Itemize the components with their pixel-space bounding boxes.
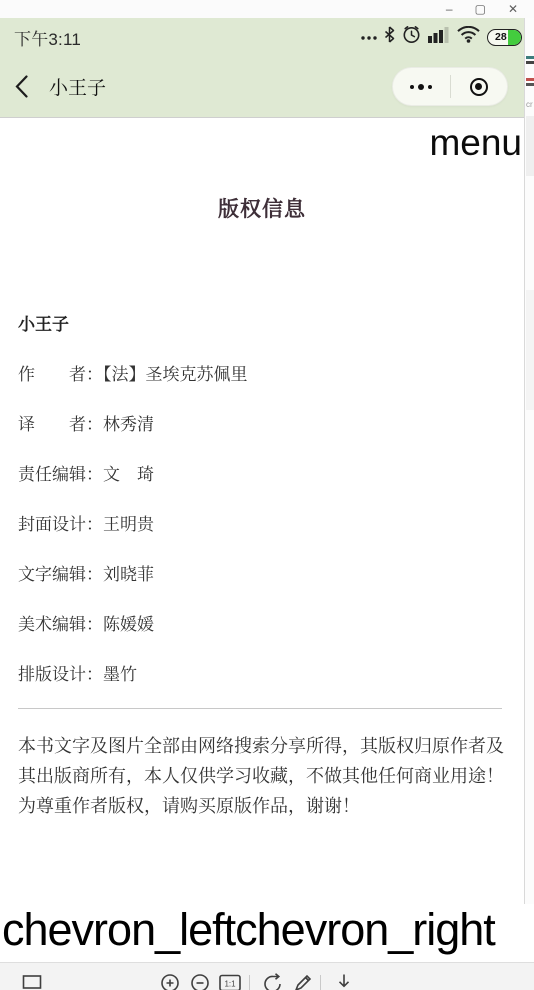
exit-miniprogram-button[interactable] [451, 68, 508, 105]
section-divider [18, 708, 502, 709]
credit-line: 文字编辑：刘晓菲 [18, 547, 504, 597]
signal-icon [428, 27, 450, 48]
strip-fragment [526, 56, 534, 68]
status-icons: 28 [361, 25, 522, 49]
monitor-icon[interactable] [22, 973, 44, 990]
more-options-button[interactable] [393, 68, 450, 105]
menu-button[interactable]: menu [429, 122, 522, 164]
minimize-icon[interactable]: – [446, 0, 453, 18]
credit-line: 责任编辑：文 琦 [18, 447, 504, 497]
reader-content: menu 版权信息 小王子 作 者：【法】圣埃克苏佩里 译 者：林秀清 责任编辑… [0, 118, 534, 962]
zoom-in-icon[interactable] [160, 973, 182, 990]
battery-percent: 28 [495, 31, 507, 43]
clock-time: 下午3:11 [14, 25, 81, 50]
strip-fragment [526, 78, 534, 90]
edit-pencil-icon[interactable] [293, 973, 315, 990]
chapter-heading: 版权信息 [0, 193, 524, 223]
svg-text:1:1: 1:1 [224, 980, 236, 989]
actual-size-icon[interactable]: 1:1 [219, 973, 241, 990]
app-window: – ▢ ✕ 下午3:11 [0, 0, 534, 990]
back-button[interactable] [15, 75, 28, 98]
rotate-icon[interactable] [262, 973, 284, 990]
book-title: 小王子 [18, 297, 504, 347]
toolbar-divider [320, 975, 321, 990]
strip-thumb [526, 290, 534, 410]
maximize-icon[interactable]: ▢ [475, 0, 486, 18]
bottom-toolbar: 1:1 [0, 962, 534, 990]
status-bar: 下午3:11 [0, 18, 534, 56]
zoom-out-icon[interactable] [190, 973, 212, 990]
more-dots-icon [361, 28, 377, 46]
alarm-icon [402, 25, 421, 49]
ellipsis-icon [410, 84, 432, 90]
disclaimer-text: 本书文字及图片全部由网络搜索分享所得，其版权归原作者及其出版商所有，本人仅供学习… [18, 731, 504, 821]
chevron-left-icon [15, 75, 28, 98]
page-title: 小王子 [49, 73, 106, 100]
wifi-icon [457, 26, 480, 48]
strip-thumb [526, 116, 534, 176]
target-circle-icon [470, 78, 488, 96]
page-nav-chevrons-fallback[interactable]: chevron_leftchevron_right [2, 904, 534, 956]
window-titlebar: – ▢ ✕ [0, 0, 534, 18]
toolbar-divider [249, 975, 250, 990]
battery-icon: 28 [487, 29, 522, 46]
miniprogram-capsule [392, 67, 508, 106]
credit-line: 译 者：林秀清 [18, 397, 504, 447]
close-icon[interactable]: ✕ [508, 0, 518, 18]
battery-fill [508, 30, 521, 45]
credit-line: 作 者：【法】圣埃克苏佩里 [18, 347, 504, 397]
credit-line: 排版设计：墨竹 [18, 647, 504, 697]
nav-bar: 小王子 [0, 56, 534, 118]
strip-fragment-text: cr [526, 101, 533, 109]
bluetooth-icon [384, 26, 395, 48]
credit-line: 封面设计：王明贵 [18, 497, 504, 547]
credits-block: 小王子 作 者：【法】圣埃克苏佩里 译 者：林秀清 责任编辑：文 琦 封面设计：… [18, 297, 504, 697]
credit-line: 美术编辑：陈媛媛 [18, 597, 504, 647]
right-edge-strip: cr [524, 18, 534, 904]
download-icon[interactable] [334, 973, 356, 990]
